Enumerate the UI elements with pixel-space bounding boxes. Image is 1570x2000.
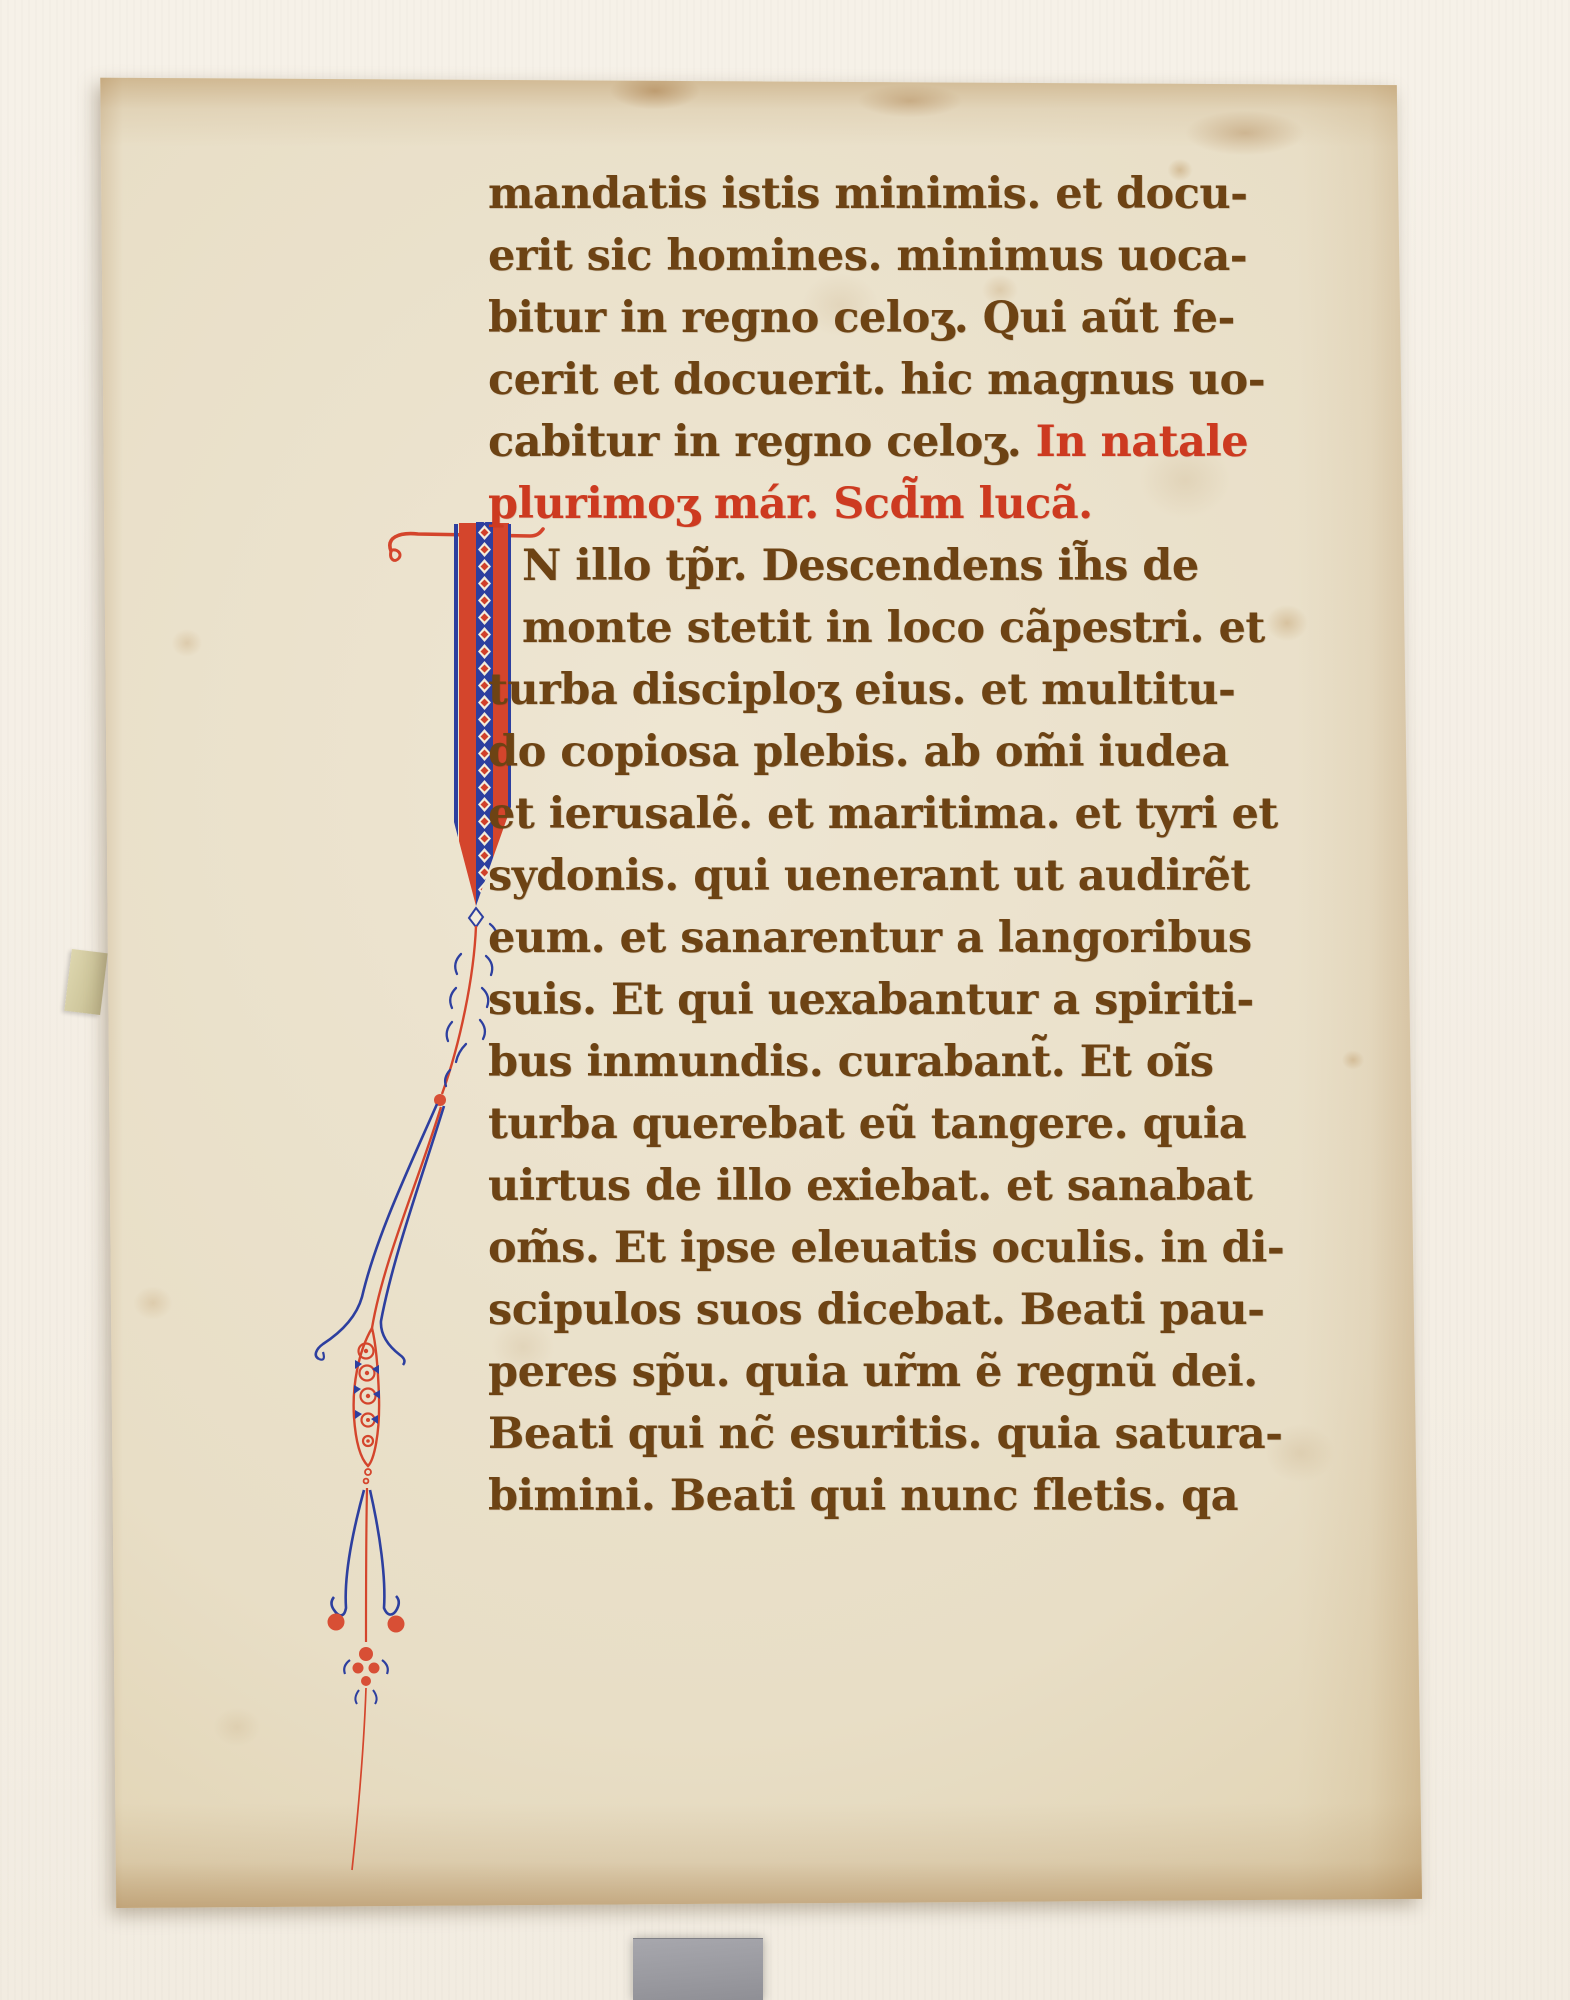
text-segment-ink: Beati qui nc̃ esuritis. quia satura- — [488, 1409, 1283, 1459]
text-line: eum. et sanarentur a langoribus — [488, 907, 1278, 969]
flourish-spiral-teardrop — [354, 1328, 380, 1483]
text-segment-ink: erit sic homines. minimus uoca- — [488, 231, 1247, 281]
text-line: uirtus de illo exiebat. et sanabat — [488, 1155, 1278, 1217]
text-segment-ink: cerit et docuerit. hic magnus uo- — [488, 355, 1265, 405]
text-line: cerit et docuerit. hic magnus uo- — [488, 349, 1278, 411]
text-segment-ink: mandatis istis minimis. et docu- — [488, 169, 1248, 219]
text-line: bitur in regno celoʒ. Qui aũt fe- — [488, 287, 1278, 349]
text-line: turba disciploʒ eius. et multitu- — [488, 659, 1278, 721]
text-line: plurimoʒ már. Scd̃m lucã. — [488, 473, 1278, 535]
text-segment-ink: turba querebat eũ tangere. quia — [488, 1099, 1246, 1149]
text-line: peres sp̃u. quia ur̃m ẽ regnũ dei. — [488, 1341, 1278, 1403]
text-line: mandatis istis minimis. et docu- — [488, 163, 1278, 225]
text-line: om̃s. Et ipse eleuatis oculis. in di- — [488, 1217, 1278, 1279]
text-block: mandatis istis minimis. et docu-erit sic… — [488, 163, 1278, 1527]
initial-tip-diamond — [469, 908, 483, 927]
text-line: sydonis. qui uenerant ut audirẽt — [488, 845, 1278, 907]
flourish-descender-line — [352, 1688, 366, 1870]
text-line: cabitur in regno celoʒ. In natale — [488, 411, 1278, 473]
text-segment-ink: peres sp̃u. quia ur̃m ẽ regnũ dei. — [488, 1347, 1258, 1397]
pen-flourish — [316, 924, 497, 1870]
text-segment-ink: bitur in regno celoʒ. Qui aũt fe- — [488, 293, 1235, 343]
text-segment-ink: et ierusalẽ. et maritima. et tyri et — [488, 789, 1278, 839]
text-segment-ink: eum. et sanarentur a langoribus — [488, 913, 1252, 963]
text-line: turba querebat eũ tangere. quia — [488, 1093, 1278, 1155]
text-line: Beati qui nc̃ esuritis. quia satura- — [488, 1403, 1278, 1465]
text-line: scipulos suos dicebat. Beati pau- — [488, 1279, 1278, 1341]
text-line: bus inmundis. curabant̃. Et oĩs — [488, 1031, 1278, 1093]
text-line: suis. Et qui uexabantur a spiriti- — [488, 969, 1278, 1031]
text-line: do copiosa plebis. ab om̃i iudea — [488, 721, 1278, 783]
manuscript-leaf: mandatis istis minimis. et docu-erit sic… — [95, 75, 1422, 1908]
text-line: et ierusalẽ. et maritima. et tyri et — [488, 783, 1278, 845]
text-segment-ink: monte stetit in loco cãpestri. et — [522, 603, 1265, 653]
text-segment-ink: bimini. Beati qui nunc fletis. qa — [488, 1471, 1238, 1521]
text-segment-ink: do copiosa plebis. ab om̃i iudea — [488, 727, 1229, 777]
text-segment-ink: bus inmundis. curabant̃. Et oĩs — [488, 1037, 1213, 1087]
text-segment-ink: scipulos suos dicebat. Beati pau- — [488, 1285, 1265, 1335]
text-segment-ink: N illo tp̃r. Descendens ih̃s de — [522, 541, 1199, 591]
text-segment-ink: cabitur in regno celoʒ. — [488, 417, 1036, 467]
photo-mat: mandatis istis minimis. et docu-erit sic… — [0, 0, 1570, 2000]
text-line: N illo tp̃r. Descendens ih̃s de — [488, 535, 1278, 597]
text-segment-ink: om̃s. Et ipse eleuatis oculis. in di- — [488, 1223, 1284, 1273]
leaf-shadow-wrap: mandatis istis minimis. et docu-erit sic… — [0, 0, 1570, 2000]
text-segment-ink: suis. Et qui uexabantur a spiriti- — [488, 975, 1254, 1025]
text-segment-rubric: In natale — [1036, 417, 1248, 467]
text-line: erit sic homines. minimus uoca- — [488, 225, 1278, 287]
text-line: bimini. Beati qui nunc fletis. qa — [488, 1465, 1278, 1527]
flourish-ball-right — [388, 1616, 405, 1633]
text-segment-ink: turba disciploʒ eius. et multitu- — [488, 665, 1235, 715]
text-segment-ink: uirtus de illo exiebat. et sanabat — [488, 1161, 1252, 1211]
text-segment-ink: sydonis. qui uenerant ut audirẽt — [488, 851, 1250, 901]
mount-tab — [633, 1938, 763, 2000]
text-line: monte stetit in loco cãpestri. et — [488, 597, 1278, 659]
flourish-ball-left — [328, 1614, 345, 1631]
text-segment-rubric: plurimoʒ már. Scd̃m lucã. — [488, 479, 1093, 529]
